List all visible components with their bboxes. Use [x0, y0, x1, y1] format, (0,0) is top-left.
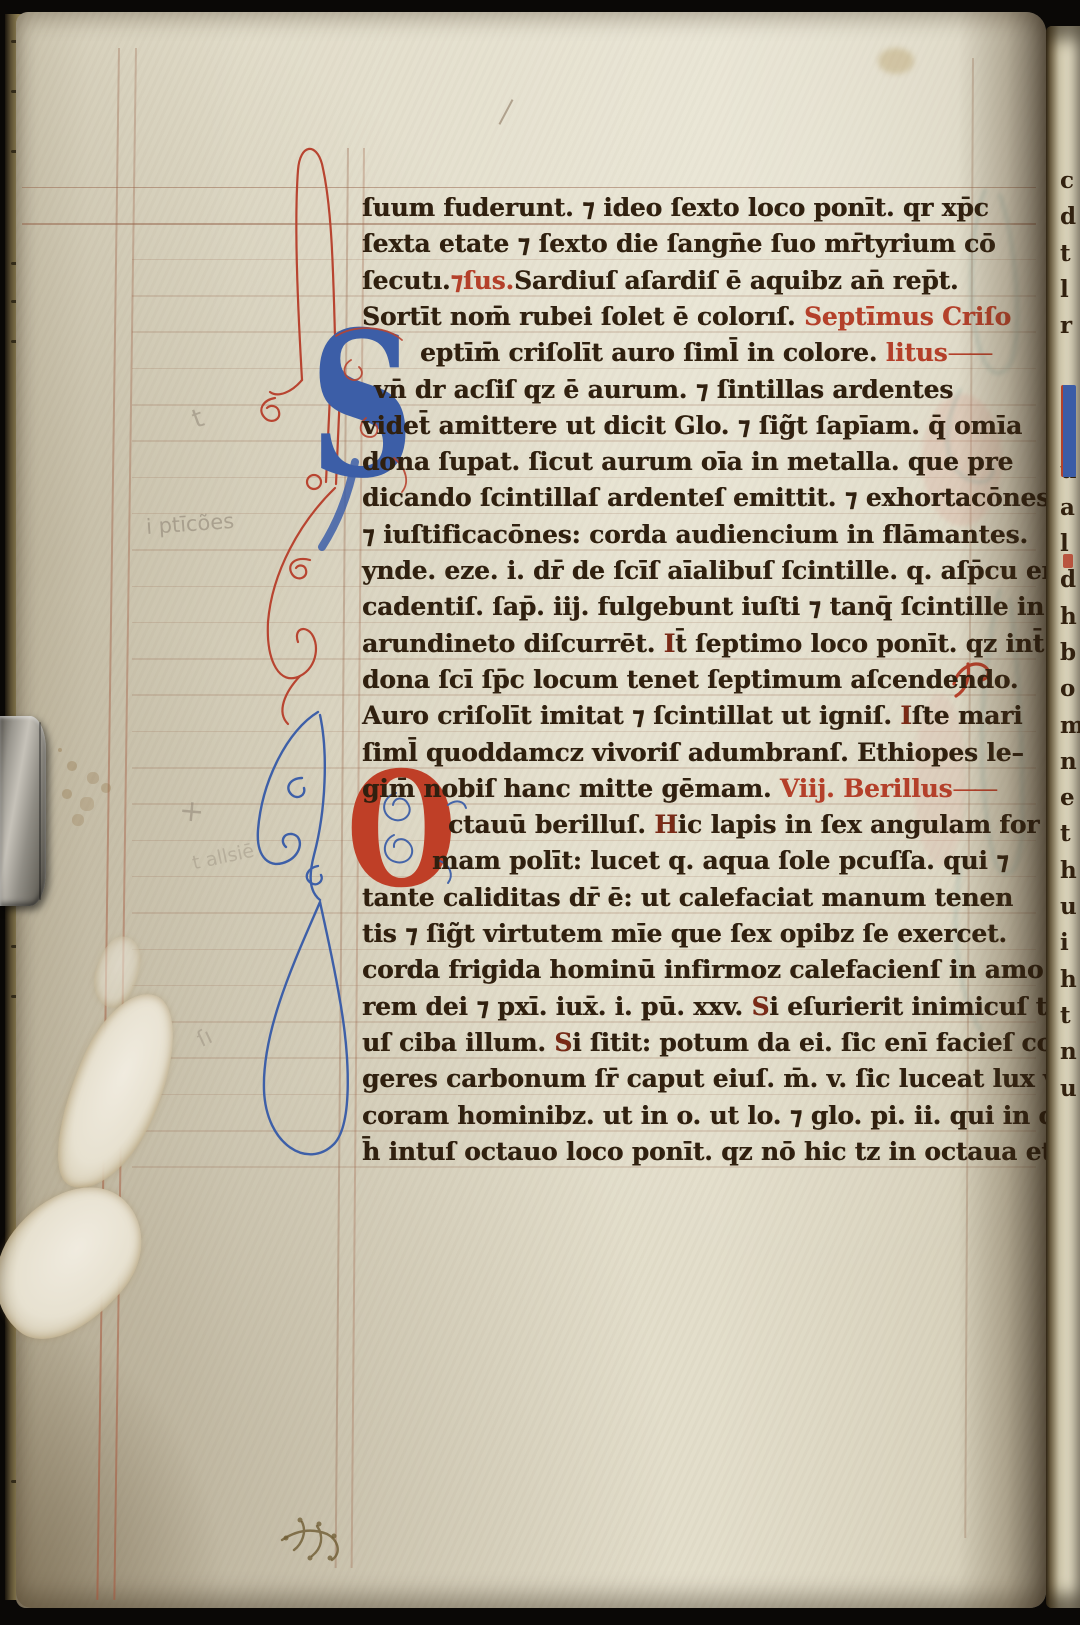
body-text: uſ ciba illum.	[362, 1028, 554, 1057]
text-line: ctauū berilluſ. Hic lapis in ſex angulam…	[448, 810, 1039, 839]
body-text: ſecutı.	[362, 266, 450, 295]
rubric-text: litus	[886, 338, 948, 367]
body-text: dona ſupat. ſicut aurum oīa in metalla. …	[362, 447, 1013, 476]
facing-page-letter: u	[1060, 1075, 1077, 1102]
facing-page-letter: n	[1060, 1038, 1077, 1065]
rule-line	[22, 223, 1036, 225]
text-line: tis ⁊ ſig̃t virtutem mīe que ſex opibz ſ…	[362, 919, 1007, 948]
text-line: videt̄ amittere ut dicit Glo. ⁊ ſig̃t ſa…	[362, 411, 1022, 440]
text-line: ſiml̄ quoddamcz vivoriſ adumbranſ. Ethio…	[362, 738, 1024, 767]
body-text: videt̄ amittere ut dicit Glo. ⁊ ſig̃t ſa…	[362, 411, 1022, 440]
rule-line	[22, 187, 1036, 189]
rubric-text: Viij. Berillus	[780, 774, 953, 803]
text-line: ⁊ iuſtificacōnes: corda audiencium in fl…	[362, 520, 1028, 549]
text-line: ſuum fuderunt. ⁊ ideo ſexto loco ponīt. …	[362, 193, 989, 222]
body-text: Sardiuſ aſardiſ ē aquibz an̄ rep̄t.	[514, 266, 958, 295]
facing-page-letter: o	[1060, 675, 1075, 702]
body-text: I	[900, 701, 912, 730]
text-line: eptīm̄ criſolīt auro ſiml̄ in colore. li…	[420, 338, 990, 367]
gutter-shadow	[958, 12, 1046, 1608]
facing-page-letter: a	[1060, 494, 1075, 521]
metal-clip	[0, 716, 46, 906]
facing-page-letter: c	[1060, 167, 1074, 194]
body-text: dona ſcī ſp̄c locum tenet ſeptimum aſcen…	[362, 665, 1018, 694]
text-line: vn̄ dr acſiſ qz ē aurum. ⁊ ſintillas ard…	[374, 375, 953, 404]
facing-page-edge: cdtlrualdhbomnethuihtnu	[1046, 26, 1080, 1608]
facing-page-letter: i	[1060, 929, 1069, 956]
text-line: Sortīt nom̄ rubei ſolet ē colorıſ. Septī…	[362, 302, 1011, 331]
facing-page-blue-initial	[1061, 385, 1076, 477]
body-text: ctauū berilluſ.	[448, 810, 654, 839]
body-text: ſuum fuderunt. ⁊ ideo ſexto loco ponīt. …	[362, 193, 989, 222]
facing-page-letter: l	[1060, 276, 1069, 303]
body-text: arundineto diſcurrēt.	[362, 629, 664, 658]
facing-page-letter: m	[1060, 712, 1080, 739]
facing-page-red-mark	[1063, 554, 1073, 568]
text-line: gim̄ nobiſ hanc mitte gēmam. Viij. Beril…	[362, 774, 994, 803]
text-line: dona ſupat. ſicut aurum oīa in metalla. …	[362, 447, 1013, 476]
facing-page-letter: t	[1060, 820, 1071, 847]
body-text: ⁊ iuſtificacōnes: corda audiencium in fl…	[362, 520, 1028, 549]
text-line: cadentiſ. ſap̄. iij. fulgebunt iuſti ⁊ t…	[362, 592, 1044, 621]
rubric-text: ⁊ſus.	[450, 266, 514, 295]
body-text: rem dei ⁊ pxī. iux̄. i. pū. xxv.	[362, 992, 751, 1021]
facing-page-letter: t	[1060, 240, 1071, 267]
body-text: S	[554, 1028, 572, 1057]
facing-page-letter: r	[1060, 312, 1072, 339]
text-line: ſexta etate ⁊ ſexto die ſangn̄e ſuo mr̄t…	[362, 229, 996, 258]
body-text: eptīm̄ criſolīt auro ſiml̄ in colore.	[420, 338, 886, 367]
facing-page-letter: l	[1060, 530, 1069, 557]
body-text: Sortīt nom̄ rubei ſolet ē colorıſ.	[362, 302, 804, 331]
facing-page-letter: h	[1060, 857, 1077, 884]
facing-page-letter: d	[1060, 203, 1076, 230]
body-text: ſiml̄ quoddamcz vivoriſ adumbranſ. Ethio…	[362, 738, 1024, 767]
body-text: S	[751, 992, 769, 1021]
body-text: I	[664, 629, 676, 658]
body-text: ſexta etate ⁊ ſexto die ſangn̄e ſuo mr̄t…	[362, 229, 996, 258]
facing-page-letter: b	[1060, 639, 1076, 666]
body-text: vn̄ dr acſiſ qz ē aurum. ⁊ ſintillas ard…	[374, 375, 953, 404]
stain-speckles	[58, 748, 62, 752]
text-line: tante caliditas dr̄ ē: ut calefaciat man…	[362, 883, 1013, 912]
text-line: ſecutı.⁊ſus.Sardiuſ aſardiſ ē aquibz an̄…	[362, 266, 958, 295]
body-text: cadentiſ. ſap̄. iij. fulgebunt iuſti ⁊ t…	[362, 592, 1044, 621]
facing-page-letter: h	[1060, 966, 1077, 993]
facing-page-letter: h	[1060, 603, 1077, 630]
facing-page-letter: d	[1060, 566, 1076, 593]
text-line: mam polīt: lucet q. aqua ſole pcuſſa. qu…	[432, 846, 1009, 875]
text-line: Auro criſolīt imitat ⁊ ſcintillat ut ign…	[362, 701, 1022, 730]
text-line: dona ſcī ſp̄c locum tenet ſeptimum aſcen…	[362, 665, 1018, 694]
text-line: corda frigida hominū infirmoz calefacien…	[362, 955, 1043, 984]
facing-page-letter: e	[1060, 784, 1075, 811]
text-line: arundineto diſcurrēt. It̄ ſeptimo loco p…	[362, 629, 1044, 658]
facing-page-letter: n	[1060, 748, 1077, 775]
body-text: gim̄ nobiſ hanc mitte gēmam.	[362, 774, 780, 803]
body-text: dicando ſcintillaſ ardenteſ emittit. ⁊ e…	[362, 483, 1050, 512]
body-text: corda frigida hominū infirmoz calefacien…	[362, 955, 1043, 984]
text-line: dicando ſcintillaſ ardenteſ emittit. ⁊ e…	[362, 483, 1050, 512]
smudge-stain	[878, 48, 914, 74]
body-text: tis ⁊ ſig̃t virtutem mīe que ſex opibz ſ…	[362, 919, 1007, 948]
body-text: tante caliditas dr̄ ē: ut calefaciat man…	[362, 883, 1013, 912]
facing-page-letter: t	[1060, 1002, 1071, 1029]
facing-page-letter: u	[1060, 893, 1077, 920]
ink-sprig-mark	[272, 1500, 352, 1570]
manuscript-photo: { "palette": { "ink": "#30200f", "rubric…	[0, 0, 1080, 1625]
body-text: H	[654, 810, 677, 839]
body-text: mam polīt: lucet q. aqua ſole pcuſſa. qu…	[432, 846, 1009, 875]
plummet-note: +	[178, 793, 206, 830]
body-text: Auro criſolīt imitat ⁊ ſcintillat ut ign…	[362, 701, 900, 730]
